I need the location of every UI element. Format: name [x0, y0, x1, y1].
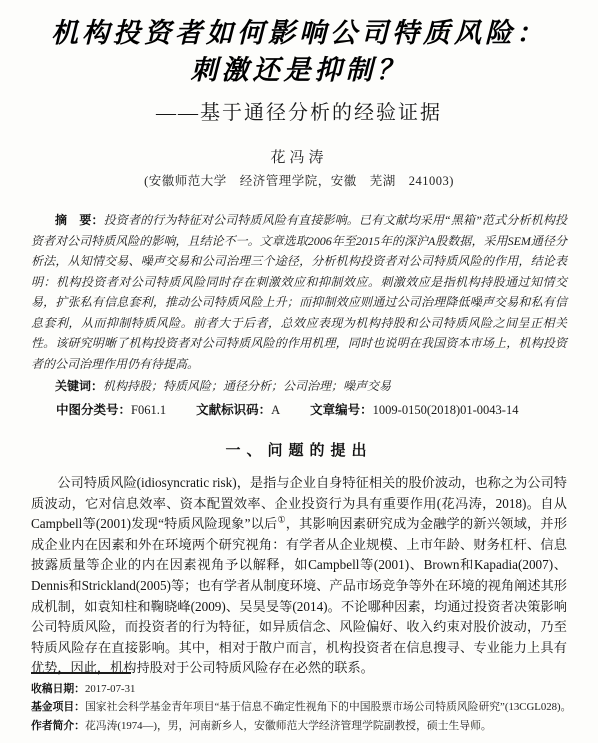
author-name: 花冯涛: [0, 146, 598, 167]
abstract-label: 摘 要：: [55, 213, 104, 227]
classification-line: 中图分类号：F061.1文献标识码：A文章编号：1009-0150(2018)0…: [31, 400, 567, 420]
fund-project-value: 国家社会科学基金青年项目“基于信息不确定性视角下的中国股票市场公司特质风险研究”…: [85, 701, 571, 713]
title-line-1: 机构投资者如何影响公司特质风险：: [0, 15, 598, 52]
fund-project-label: 基金项目：: [31, 701, 85, 713]
author-affiliation: (安徽师范大学 经济管理学院，安徽 芜湖 241003): [0, 171, 598, 189]
paper-title: 机构投资者如何影响公司特质风险： 刺激还是抑制？: [0, 15, 598, 89]
paper-page: 机构投资者如何影响公司特质风险： 刺激还是抑制？ ——基于通径分析的经验证据 花…: [0, 0, 598, 743]
footnote-block: 收稿日期：2017-07-31 基金项目：国家社会科学基金青年项目“基于信息不确…: [31, 672, 567, 737]
section-heading-1: 一、问题的提出: [0, 439, 598, 460]
document-code-label: 文献标识码：: [196, 403, 271, 417]
paper-subtitle: ——基于通径分析的经验证据: [0, 96, 598, 125]
article-id-label: 文章编号：: [310, 403, 373, 417]
clc-label: 中图分类号：: [56, 403, 131, 417]
keywords-label: 关键词：: [55, 379, 103, 393]
received-date-value: 2017-07-31: [85, 683, 135, 695]
abstract-paragraph: 摘 要：投资者的行为特征对公司特质风险有直接影响。已有文献均采用“黑箱”范式分析…: [31, 210, 567, 374]
clc-number: 中图分类号：F061.1: [56, 403, 166, 417]
abstract-text: 投资者的行为特征对公司特质风险有直接影响。已有文献均采用“黑箱”范式分析机构投资…: [31, 213, 567, 371]
author-bio-value: 花冯涛(1974—)，男，河南新乡人，安徽师范大学经济管理学院副教授，硕士生导师…: [85, 720, 492, 732]
body-text-post: ，其影响因素研究成为金融学的新兴领域，并形成企业内在因素和外在环境两个研究视角：…: [31, 516, 567, 675]
article-id-value: 1009-0150(2018)01-0043-14: [373, 403, 519, 417]
body-paragraph-1: 公司特质风险(idiosyncratic risk)，是指与企业自身特征相关的股…: [31, 473, 567, 679]
received-date-line: 收稿日期：2017-07-31: [31, 681, 567, 698]
article-id: 文章编号：1009-0150(2018)01-0043-14: [310, 403, 518, 417]
received-date-label: 收稿日期：: [31, 683, 85, 695]
fund-project-line: 基金项目：国家社会科学基金青年项目“基于信息不确定性视角下的中国股票市场公司特质…: [31, 699, 567, 716]
footnote-divider: [31, 672, 131, 674]
footnote-ref-1: ①: [277, 515, 285, 525]
title-line-2: 刺激还是抑制？: [0, 52, 598, 89]
document-code: 文献标识码：A: [196, 403, 280, 417]
document-code-value: A: [271, 403, 280, 417]
author-bio-line: 作者简介：花冯涛(1974—)，男，河南新乡人，安徽师范大学经济管理学院副教授，…: [31, 718, 567, 735]
keywords-line: 关键词：机构持股；特质风险；通径分析；公司治理；噪声交易: [31, 376, 567, 396]
keywords-text: 机构持股；特质风险；通径分析；公司治理；噪声交易: [103, 379, 391, 393]
clc-value: F061.1: [131, 403, 166, 417]
author-bio-label: 作者简介：: [31, 720, 85, 732]
